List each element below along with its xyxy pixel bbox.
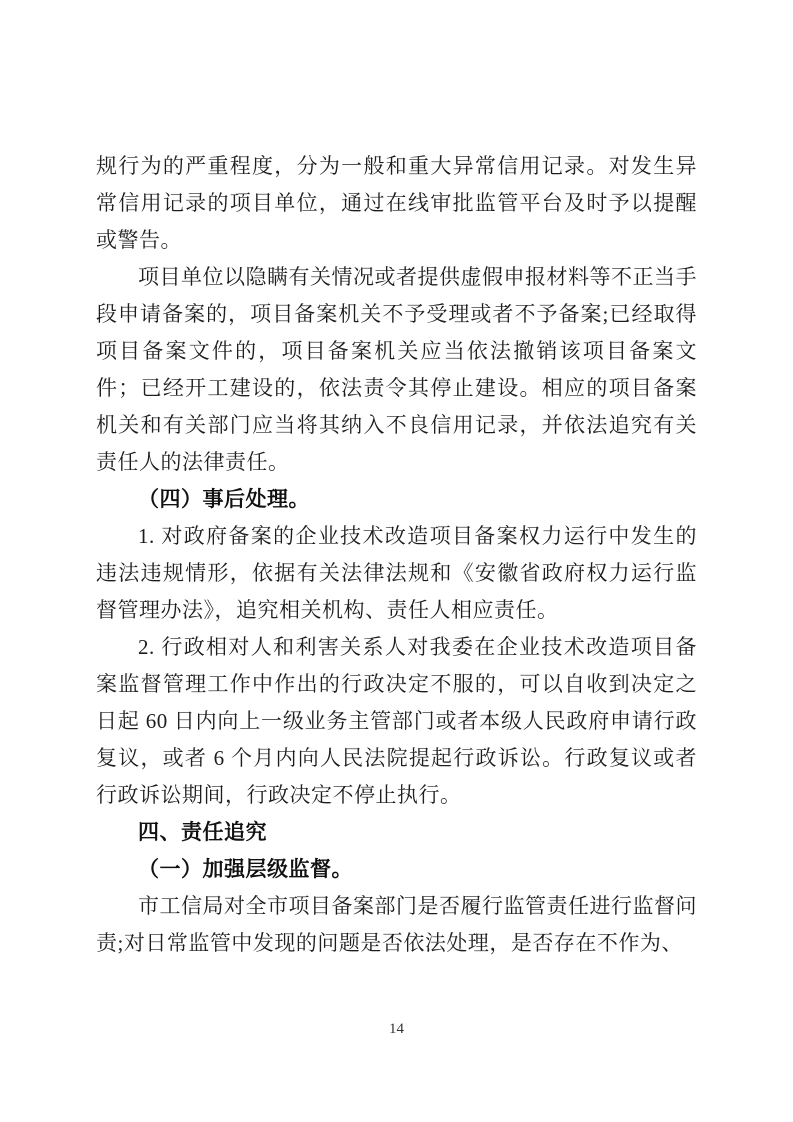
body-paragraph: 1. 对政府备案的企业技术改造项目备案权力运行中发生的违法违规情形，依据有关法律… xyxy=(96,518,697,629)
page-footer: 14 xyxy=(0,1020,793,1038)
section-heading: （四）事后处理。 xyxy=(96,481,697,518)
document-page: 规行为的严重程度，分为一般和重大异常信用记录。对发生异常信用记录的项目单位，通过… xyxy=(0,0,793,1122)
document-body: 规行为的严重程度，分为一般和重大异常信用记录。对发生异常信用记录的项目单位，通过… xyxy=(96,148,697,962)
body-paragraph: 项目单位以隐瞒有关情况或者提供虚假申报材料等不正当手段申请备案的，项目备案机关不… xyxy=(96,259,697,481)
section-heading: （一）加强层级监督。 xyxy=(96,851,697,888)
section-heading: 四、责任追究 xyxy=(96,814,697,851)
body-paragraph: 规行为的严重程度，分为一般和重大异常信用记录。对发生异常信用记录的项目单位，通过… xyxy=(96,148,697,259)
body-paragraph: 2. 行政相对人和利害关系人对我委在企业技术改造项目备案监督管理工作中作出的行政… xyxy=(96,629,697,814)
footer-page-number: 14 xyxy=(389,1021,404,1037)
body-paragraph: 市工信局对全市项目备案部门是否履行监管责任进行监督问责;对日常监管中发现的问题是… xyxy=(96,888,697,962)
